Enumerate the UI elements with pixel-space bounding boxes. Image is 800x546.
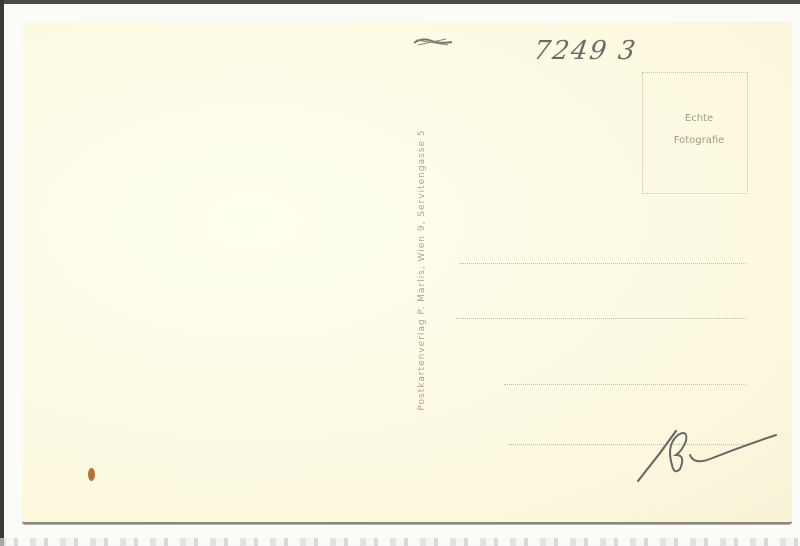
scan-edge-top <box>0 0 800 4</box>
stain-spot <box>88 468 95 481</box>
publisher-imprint: Postkartenverlag P. Marlis, Wien 9, Serv… <box>417 129 427 410</box>
address-line-1 <box>460 263 746 264</box>
address-line-2 <box>456 318 746 319</box>
stamp-box: Echte Fotografie <box>642 72 748 194</box>
address-line-3 <box>504 384 746 385</box>
crossed-out-mark-icon <box>412 36 454 48</box>
inventory-number: 7249 3 <box>532 36 639 66</box>
stamp-box-line2: Fotografie <box>647 135 751 146</box>
stamp-box-line1: Echte <box>647 113 751 124</box>
scan-edge-left <box>0 0 4 546</box>
scan-strip-bottom <box>0 538 800 546</box>
handwritten-price <box>630 425 780 485</box>
